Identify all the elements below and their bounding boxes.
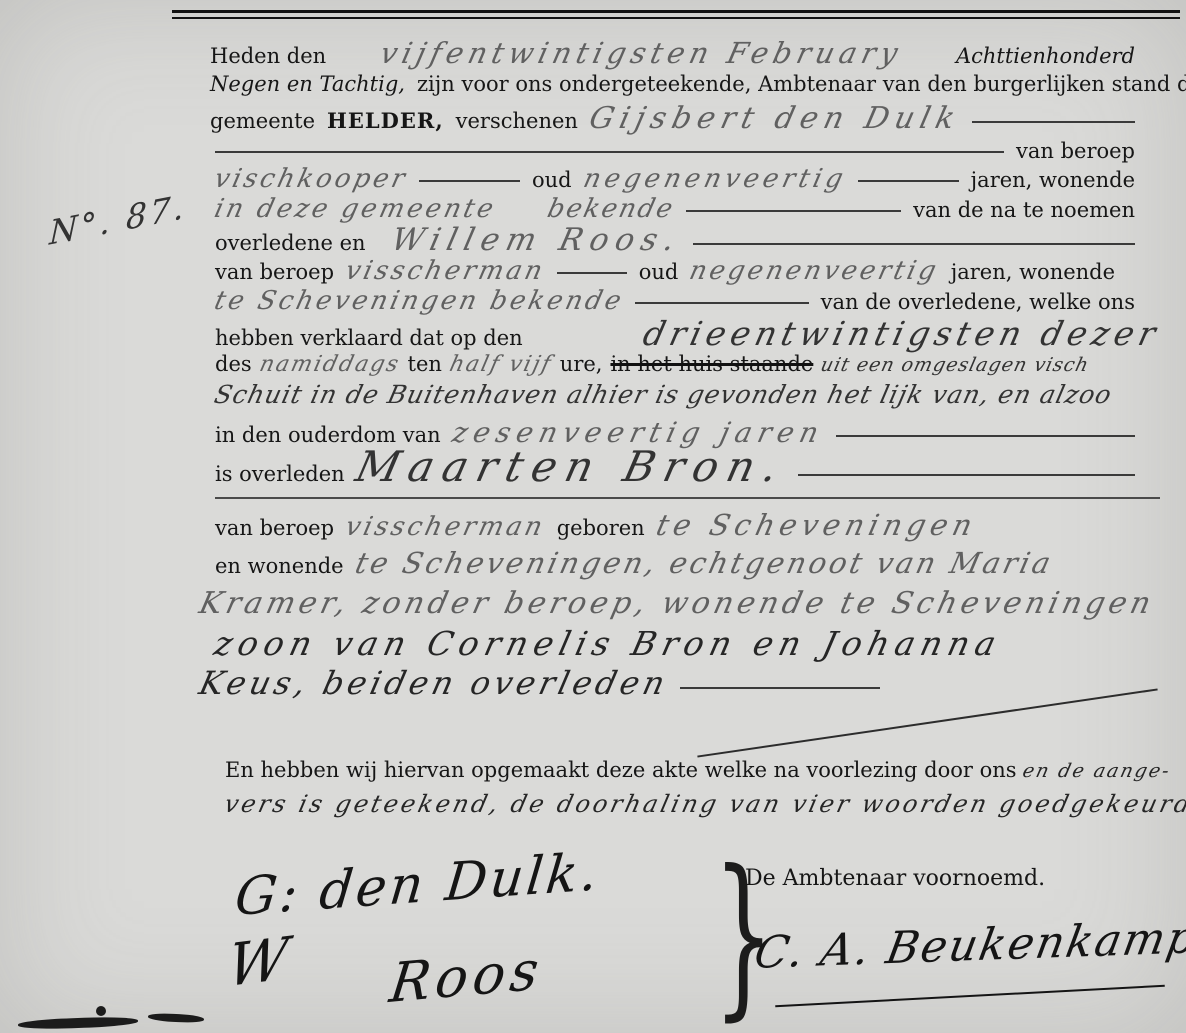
printed-registrar-intro: zijn voor ons ondergeteekende, Ambtenaar…	[417, 72, 1186, 96]
handwritten-death-date: drieentwintigsten dezer	[640, 314, 1165, 353]
handwritten-birthplace: te Scheveningen	[653, 508, 980, 542]
line-spouse-details: Kramer, zonder beroep, wonende te Scheve…	[200, 586, 1154, 621]
handwritten-mother-surname: Keus, beiden overleden	[196, 664, 673, 702]
printed-ten: ten	[408, 352, 442, 376]
printed-overledene-en: overledene en	[215, 231, 366, 255]
line-closing-1: En hebben wij hiervan opgemaakt deze akt…	[225, 758, 1170, 782]
handwritten-occupation3: visscherman	[343, 512, 549, 542]
line-closing-2: vers is geteekend, de doorhaling van vie…	[225, 790, 1140, 818]
printed-municipality-name: HELDER,	[327, 108, 444, 133]
printed-na-te-noemen: van de na te noemen	[913, 198, 1135, 222]
handwritten-age2: negenenveertig	[687, 256, 942, 286]
printed-jaren-wonende-2: jaren, wonende	[951, 260, 1115, 284]
signature-w: W	[224, 924, 292, 1001]
filler-line	[836, 435, 1135, 437]
printed-jaren-wonende-1: jaren, wonende	[971, 168, 1135, 192]
filler-line	[635, 302, 808, 304]
signature-declarant2-surname: Roos	[388, 938, 546, 1014]
handwritten-spouse-details: Kramer, zonder beroep, wonende te Scheve…	[196, 586, 1158, 621]
line-municipality-declarant: gemeente HELDER, verschenen Gijsbert den…	[210, 101, 1135, 136]
line-year-officials: Negen en Tachtig, zijn voor ons onderget…	[210, 72, 1135, 96]
line-declarant2-residence: te Scheveningen bekende van de overleden…	[215, 286, 1135, 316]
printed-des: des	[215, 352, 252, 376]
printed-ure: ure,	[560, 352, 603, 376]
printed-van-de-overledene: van de overledene, welke ons	[821, 290, 1135, 314]
handwritten-residence2: te Scheveningen bekende	[212, 286, 627, 316]
line-declarant1-residence: in deze gemeente bekende van de na te no…	[215, 194, 1135, 224]
handwritten-daypart: namiddags	[257, 352, 403, 377]
handwritten-deceased-name: Maarten Bron.	[351, 442, 791, 491]
filler-line	[686, 210, 901, 212]
line-declarant2-name: overledene en Willem Roos.	[215, 222, 1135, 258]
printed-oud: oud	[532, 168, 572, 192]
signature-official: C. A. Beukenkamp	[754, 912, 1186, 978]
line-death-time-place: des namiddags ten half vijf ure, in het …	[215, 352, 1160, 377]
filler-line	[798, 474, 1135, 476]
line-deceased-occupation-birth: van beroep visscherman geboren te Scheve…	[215, 508, 1160, 542]
printed-van-beroep-3: van beroep	[215, 516, 334, 540]
scan-artifact	[18, 1016, 138, 1030]
handwritten-date: vijfentwintigsten February	[377, 36, 906, 70]
handwritten-hour: half vijf	[447, 352, 555, 377]
filler-line	[680, 687, 880, 689]
signature-g-den-dulk: G: den Dulk.	[232, 842, 603, 928]
handwritten-closing-b: vers is geteekend, de doorhaling van vie…	[222, 790, 1186, 818]
handwritten-parents: zoon van Cornelis Bron en Johanna	[210, 624, 1005, 663]
filler-line	[972, 121, 1135, 123]
printed-struck-in-het-huis: in het huis staande	[610, 352, 813, 376]
signature-beukenkamp: C. A. Beukenkamp	[751, 912, 1186, 979]
handwritten-age1: negenenveertig	[580, 164, 849, 194]
handwritten-found-location-a: uit een omgeslagen visch	[819, 354, 1092, 376]
scan-artifact	[148, 1013, 204, 1024]
signature-underline-flourish	[775, 985, 1165, 1007]
handwritten-bekende-1: bekende	[544, 194, 677, 224]
printed-is-overleden: is overleden	[215, 462, 345, 486]
act-number-text: N°. 87.	[49, 186, 188, 253]
line-parents: zoon van Cornelis Bron en Johanna	[215, 624, 1001, 663]
printed-van-beroep-2: van beroep	[215, 260, 334, 284]
printed-hebben-verklaard: hebben verklaard dat op den	[215, 326, 523, 350]
line-deceased-name: is overleden Maarten Bron.	[215, 442, 1135, 491]
printed-achttienhonderd: Achttienhonderd	[956, 44, 1135, 68]
line-declarant1-details: vischkooper oud negenenveertig jaren, wo…	[215, 164, 1135, 194]
handwritten-found-location-b: Schuit in de Buitenhaven alhier is gevon…	[212, 380, 1115, 409]
printed-geboren: geboren	[557, 516, 645, 540]
printed-heden-den: Heden den	[210, 44, 326, 68]
margin-act-number: N°. 87.	[46, 187, 191, 252]
line-mother-surname: Keus, beiden overleden	[200, 664, 880, 702]
printed-gemeente: gemeente	[210, 109, 315, 133]
line-van-beroep-1: van beroep	[215, 139, 1135, 163]
handwritten-declarant1-name: Gijsbert den Dulk	[586, 101, 964, 136]
handwritten-residence1: in deze gemeente	[212, 194, 500, 224]
printed-oud-2: oud	[639, 260, 679, 284]
handwritten-declarant2-name: Willem Roos.	[387, 222, 684, 258]
signature-declarant1: G: den Dulk.	[233, 842, 602, 927]
printed-en-wonende: en wonende	[215, 554, 344, 578]
handwritten-closing-a: en de aange-	[1020, 760, 1173, 782]
line-deceased-residence-spouse: en wonende te Scheveningen, echtgenoot v…	[215, 546, 1160, 580]
printed-verschenen: verschenen	[456, 109, 578, 133]
printed-ambtenaar-voornoemd: De Ambtenaar voornoemd.	[745, 866, 1045, 891]
section-divider-rule	[215, 497, 1160, 499]
signature-declarant2-initial: W	[224, 925, 291, 1000]
signature-roos: Roos	[386, 938, 547, 1015]
line-found-location-b: Schuit in de Buitenhaven alhier is gevon…	[215, 380, 1160, 409]
printed-van-beroep: van beroep	[1016, 139, 1135, 163]
handwritten-residence-spouse: te Scheveningen, echtgenoot van Maria	[352, 546, 1057, 580]
line-death-date: hebben verklaard dat op den drieentwinti…	[215, 314, 1160, 353]
top-double-rule	[172, 10, 1180, 19]
filler-line	[419, 180, 520, 182]
filler-line	[215, 151, 1004, 153]
printed-year: Negen en Tachtig,	[210, 72, 405, 96]
printed-closing-statement: En hebben wij hiervan opgemaakt deze akt…	[225, 758, 1017, 782]
filler-line	[858, 180, 959, 182]
handwritten-occupation1: vischkooper	[212, 164, 411, 194]
official-title: De Ambtenaar voornoemd.	[745, 866, 1045, 891]
death-record-scan: N°. 87. Heden den vijfentwintigsten Febr…	[0, 0, 1186, 1033]
line-date: Heden den vijfentwintigsten February Ach…	[210, 36, 1135, 70]
filler-line	[557, 272, 627, 274]
filler-line	[693, 243, 1135, 245]
scan-artifact	[96, 1006, 106, 1016]
handwritten-occupation2: visscherman	[343, 256, 549, 286]
line-declarant2-details: van beroep visscherman oud negenenveerti…	[215, 256, 1135, 286]
